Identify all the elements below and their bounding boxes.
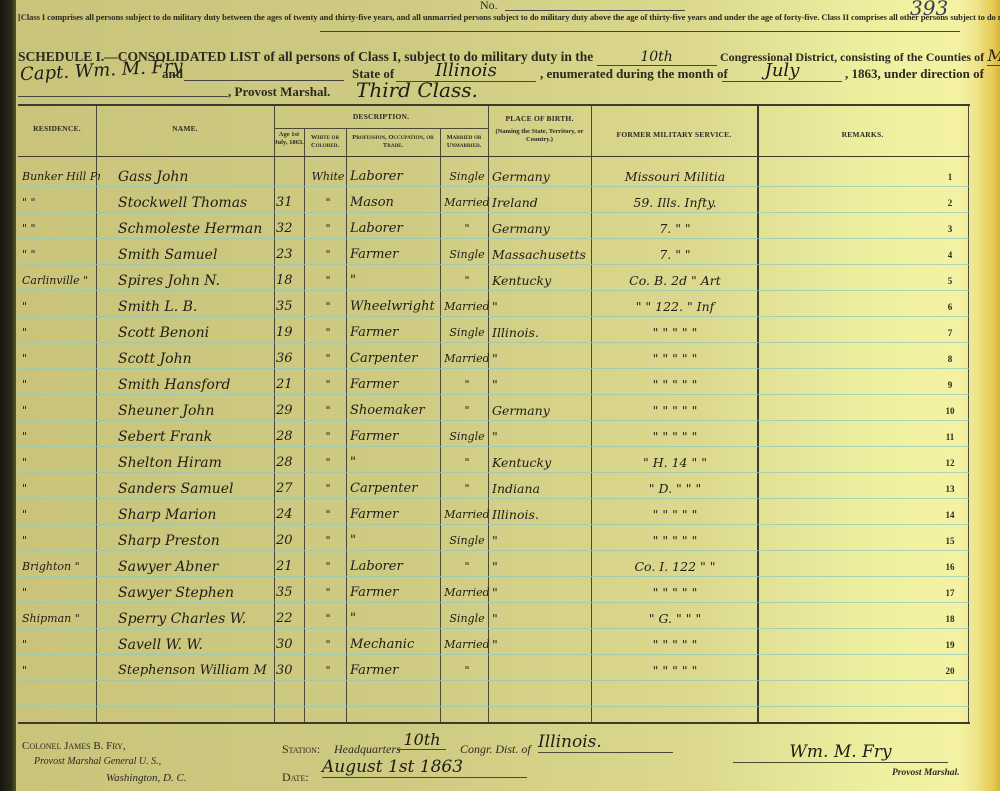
birth-cell: Massachusetts — [492, 242, 588, 268]
enrollment-table: RESIDENCE. NAME. DESCRIPTION. Age 1st Ju… — [18, 104, 970, 724]
col-birth-sub: (Naming the State, Territory, or Country… — [492, 128, 587, 144]
birth-cell: " — [492, 580, 588, 606]
birth-cell: Illinois. — [492, 502, 588, 528]
married-cell: Single — [444, 424, 490, 450]
age-cell: 29 — [276, 398, 304, 424]
birth-cell: " — [492, 606, 588, 632]
birth-cell — [492, 658, 588, 684]
residence-cell: " " — [22, 242, 100, 268]
married-cell: " — [444, 268, 490, 294]
service-cell: " " " " " — [594, 424, 756, 450]
service-cell: " H. 14 " " — [594, 450, 756, 476]
birth-cell: " — [492, 554, 588, 580]
color-cell: " — [310, 580, 346, 606]
row-number: 3 — [938, 216, 962, 242]
service-cell: " D. " " " — [594, 476, 756, 502]
profession-cell: Farmer — [350, 242, 440, 268]
col-birth: PLACE OF BIRTH. — [488, 114, 591, 123]
row-number: 10 — [938, 398, 962, 424]
service-cell: " " " " " — [594, 372, 756, 398]
row-number: 8 — [938, 346, 962, 372]
station-label: Station: — [282, 742, 320, 757]
profession-cell: " — [350, 606, 440, 632]
profession-cell: " — [350, 268, 440, 294]
row-number: 7 — [938, 320, 962, 346]
name-cell: Gass John — [118, 164, 268, 190]
remarks-cell — [760, 554, 955, 580]
service-cell: " " " " " — [594, 632, 756, 658]
residence-cell: " — [22, 632, 100, 658]
profession-cell: Farmer — [350, 424, 440, 450]
birth-cell: Germany — [492, 398, 588, 424]
residence-cell: " — [22, 450, 100, 476]
service-cell: " " " " " — [594, 502, 756, 528]
name-cell: Sanders Samuel — [118, 476, 268, 502]
profession-cell: Laborer — [350, 164, 440, 190]
profession-cell: Laborer — [350, 216, 440, 242]
row-number: 19 — [938, 632, 962, 658]
page-edge — [978, 0, 1000, 791]
birth-cell: Ireland — [492, 190, 588, 216]
service-cell: 7. " " — [594, 242, 756, 268]
age-cell: 24 — [276, 502, 304, 528]
color-cell: " — [310, 554, 346, 580]
remarks-cell — [760, 450, 955, 476]
residence-cell: " — [22, 476, 100, 502]
table-row: " Sawyer Stephen 35 " Farmer Married " "… — [18, 580, 970, 606]
married-cell: Single — [444, 528, 490, 554]
remarks-cell — [760, 372, 955, 398]
station-prefix: Headquarters — [334, 742, 401, 757]
service-cell: Co. I. 122 " " — [594, 554, 756, 580]
col-description: DESCRIPTION. — [274, 112, 488, 121]
remarks-cell — [760, 320, 955, 346]
remarks-cell — [760, 632, 955, 658]
age-cell: 21 — [276, 372, 304, 398]
profession-cell: Farmer — [350, 658, 440, 684]
name-cell: Sharp Preston — [118, 528, 268, 554]
name-cell: Scott John — [118, 346, 268, 372]
remarks-cell — [760, 658, 955, 684]
profession-cell: Farmer — [350, 580, 440, 606]
marshal-line — [18, 96, 228, 97]
service-cell: " " " " " — [594, 398, 756, 424]
age-cell — [276, 164, 304, 190]
row-number: 20 — [938, 658, 962, 684]
name-cell: Sharp Marion — [118, 502, 268, 528]
table-row: " " Stockwell Thomas 31 " Mason Married … — [18, 190, 970, 216]
remarks-cell — [760, 580, 955, 606]
table-row: Carlinville " Spires John N. 18 " " " Ke… — [18, 268, 970, 294]
table-row: " Sharp Preston 20 " " Single " " " " " … — [18, 528, 970, 554]
married-cell: " — [444, 398, 490, 424]
color-cell: " — [310, 346, 346, 372]
married-cell: " — [444, 450, 490, 476]
notice-rule — [320, 31, 960, 32]
counties-field: Macoupin — [987, 46, 1000, 66]
row-number: 1 — [938, 164, 962, 190]
profession-cell: Farmer — [350, 320, 440, 346]
row-number: 14 — [938, 502, 962, 528]
age-cell: 31 — [276, 190, 304, 216]
and-label: and — [162, 66, 183, 82]
table-row: " Savell W. W. 30 " Mechanic Married " "… — [18, 632, 970, 658]
row-number: 4 — [938, 242, 962, 268]
age-cell: 32 — [276, 216, 304, 242]
service-cell: " " 122. " Inf — [594, 294, 756, 320]
colonel-line: Colonel James B. Fry, — [22, 740, 126, 752]
name-cell: Spires John N. — [118, 268, 268, 294]
married-cell: Married — [444, 294, 490, 320]
residence-cell: Shipman " — [22, 606, 100, 632]
age-cell: 36 — [276, 346, 304, 372]
month-field: July — [722, 60, 842, 82]
table-row: " " Schmoleste Herman 32 " Laborer " Ger… — [18, 216, 970, 242]
name-cell: Sawyer Abner — [118, 554, 268, 580]
row-number: 2 — [938, 190, 962, 216]
age-cell: 21 — [276, 554, 304, 580]
remarks-cell — [760, 164, 955, 190]
married-cell: Single — [444, 606, 490, 632]
table-row: Shipman " Sperry Charles W. 22 " " Singl… — [18, 606, 970, 632]
service-cell: 7. " " — [594, 216, 756, 242]
signature-field: Wm. M. Fry — [733, 742, 948, 763]
header-bottom-rule — [18, 156, 970, 157]
col-color: White or Colored. — [304, 134, 346, 150]
profession-cell: Farmer — [350, 502, 440, 528]
birth-cell: Kentucky — [492, 268, 588, 294]
name-cell: Stockwell Thomas — [118, 190, 268, 216]
married-cell: Single — [444, 164, 490, 190]
birth-cell: " — [492, 372, 588, 398]
age-cell: 30 — [276, 632, 304, 658]
col-service: FORMER MILITARY SERVICE. — [591, 130, 757, 139]
name-cell: Sebert Frank — [118, 424, 268, 450]
married-cell: Single — [444, 320, 490, 346]
color-cell: " — [310, 398, 346, 424]
profession-cell: Laborer — [350, 554, 440, 580]
name-cell: Smith L. B. — [118, 294, 268, 320]
residence-cell: " — [22, 424, 100, 450]
profession-cell: Mechanic — [350, 632, 440, 658]
table-row: " Shelton Hiram 28 " " " Kentucky " H. 1… — [18, 450, 970, 476]
profession-cell: " — [350, 528, 440, 554]
age-cell: 19 — [276, 320, 304, 346]
pmg-line: Provost Marshal General U. S., — [34, 756, 161, 767]
residence-cell: Brighton " — [22, 554, 100, 580]
residence-cell: " " — [22, 190, 100, 216]
remarks-cell — [760, 294, 955, 320]
age-cell: 35 — [276, 580, 304, 606]
table-row: " " Smith Samuel 23 " Farmer Single Mass… — [18, 242, 970, 268]
table-row: " Stephenson William M. 30 " Farmer " " … — [18, 658, 970, 684]
color-cell: " — [310, 372, 346, 398]
birth-cell: " — [492, 632, 588, 658]
form-number-line — [505, 10, 685, 11]
residence-cell: " — [22, 580, 100, 606]
name-cell: Sperry Charles W. — [118, 606, 268, 632]
row-number: 6 — [938, 294, 962, 320]
table-row: " Sheuner John 29 " Shoemaker " Germany … — [18, 398, 970, 424]
station-state-field: Illinois. — [538, 732, 673, 753]
remarks-cell — [760, 268, 955, 294]
class-field: Third Class. — [356, 78, 478, 102]
service-cell: " " " " " — [594, 580, 756, 606]
birth-cell: " — [492, 294, 588, 320]
table-row: " Scott Benoni 19 " Farmer Single Illino… — [18, 320, 970, 346]
remarks-cell — [760, 606, 955, 632]
row-number: 9 — [938, 372, 962, 398]
residence-cell: Carlinville " — [22, 268, 100, 294]
remarks-cell — [760, 190, 955, 216]
table-row: " Sanders Samuel 27 " Carpenter " Indian… — [18, 476, 970, 502]
remarks-cell — [760, 242, 955, 268]
col-name: NAME. — [96, 124, 274, 133]
residence-cell: " " — [22, 216, 100, 242]
birth-cell: Kentucky — [492, 450, 588, 476]
birth-cell: " — [492, 528, 588, 554]
age-cell: 22 — [276, 606, 304, 632]
service-cell: " " " " " — [594, 658, 756, 684]
remarks-cell — [760, 398, 955, 424]
row-number: 18 — [938, 606, 962, 632]
married-cell: Married — [444, 632, 490, 658]
table-row: " Scott John 36 " Carpenter Married " " … — [18, 346, 970, 372]
age-cell: 23 — [276, 242, 304, 268]
book-binding — [0, 0, 16, 791]
color-cell: " — [310, 528, 346, 554]
profession-cell: Shoemaker — [350, 398, 440, 424]
remarks-cell — [760, 346, 955, 372]
profession-cell: Carpenter — [350, 476, 440, 502]
col-remarks: REMARKS. — [757, 130, 968, 139]
married-cell: " — [444, 476, 490, 502]
color-cell: " — [310, 632, 346, 658]
residence-cell: " — [22, 502, 100, 528]
date-field: August 1st 1863 — [322, 757, 527, 778]
row-number: 5 — [938, 268, 962, 294]
color-cell: " — [310, 242, 346, 268]
col-profession: Profession, Occupation, or Trade. — [346, 134, 440, 150]
color-cell: " — [310, 190, 346, 216]
age-cell: 28 — [276, 450, 304, 476]
birth-cell: " — [492, 346, 588, 372]
date-label: Date: — [282, 770, 309, 785]
color-cell: " — [310, 294, 346, 320]
color-cell: White — [310, 164, 346, 190]
residence-cell: " — [22, 398, 100, 424]
provost-label: , Provost Marshal. — [228, 84, 330, 100]
service-cell: Missouri Militia — [594, 164, 756, 190]
col-married: Married or Unmarried. — [440, 134, 488, 150]
row-number: 13 — [938, 476, 962, 502]
married-cell: Married — [444, 502, 490, 528]
remarks-cell — [760, 502, 955, 528]
color-cell: " — [310, 450, 346, 476]
name-cell: Schmoleste Herman — [118, 216, 268, 242]
remarks-cell — [760, 528, 955, 554]
name-cell: Smith Samuel — [118, 242, 268, 268]
married-cell: " — [444, 372, 490, 398]
birth-cell: Indiana — [492, 476, 588, 502]
birth-cell: " — [492, 424, 588, 450]
age-cell: 20 — [276, 528, 304, 554]
enumerated-label: , enumerated during the month of — [540, 66, 728, 82]
service-cell: " " " " " — [594, 320, 756, 346]
profession-cell: " — [350, 450, 440, 476]
year-label: , 1863, under direction of — [845, 66, 984, 82]
residence-cell: " — [22, 346, 100, 372]
row-number: 17 — [938, 580, 962, 606]
profession-cell: Wheelwright — [350, 294, 440, 320]
table-row: Brighton " Sawyer Abner 21 " Laborer " "… — [18, 554, 970, 580]
name-cell: Savell W. W. — [118, 632, 268, 658]
married-cell: Married — [444, 190, 490, 216]
married-cell: " — [444, 216, 490, 242]
color-cell: " — [310, 216, 346, 242]
name-cell: Sheuner John — [118, 398, 268, 424]
age-cell: 30 — [276, 658, 304, 684]
signature-title: Provost Marshal. — [892, 768, 960, 778]
name-cell: Shelton Hiram — [118, 450, 268, 476]
residence-cell: " — [22, 372, 100, 398]
residence-cell: " — [22, 294, 100, 320]
color-cell: " — [310, 606, 346, 632]
col-residence: RESIDENCE. — [18, 124, 96, 133]
service-cell: 59. Ills. Infty. — [594, 190, 756, 216]
married-cell: Single — [444, 242, 490, 268]
married-cell: Married — [444, 580, 490, 606]
color-cell: " — [310, 502, 346, 528]
remarks-cell — [760, 424, 955, 450]
remarks-cell — [760, 476, 955, 502]
color-cell: " — [310, 268, 346, 294]
age-cell: 18 — [276, 268, 304, 294]
row-number: 12 — [938, 450, 962, 476]
col-age: Age 1st July, 1863. — [274, 131, 304, 147]
residence-cell: " — [22, 320, 100, 346]
age-cell: 35 — [276, 294, 304, 320]
residence-cell: " — [22, 658, 100, 684]
name-cell: Smith Hansford — [118, 372, 268, 398]
married-cell: Married — [444, 346, 490, 372]
name-cell: Sawyer Stephen — [118, 580, 268, 606]
table-row: " Smith Hansford 21 " Farmer " " " " " "… — [18, 372, 970, 398]
table-row: Bunker Hill Prect. Gass John White Labor… — [18, 164, 970, 190]
married-cell: " — [444, 554, 490, 580]
description-rule — [274, 128, 488, 129]
and-line — [184, 80, 344, 81]
profession-cell: Carpenter — [350, 346, 440, 372]
row-number: 11 — [938, 424, 962, 450]
service-cell: " G. " " " — [594, 606, 756, 632]
station-mid: Congr. Dist. of — [460, 742, 531, 757]
table-row: " Sebert Frank 28 " Farmer Single " " " … — [18, 424, 970, 450]
row-number: 16 — [938, 554, 962, 580]
residence-cell: " — [22, 528, 100, 554]
color-cell: " — [310, 320, 346, 346]
service-cell: Co. B. 2d " Art — [594, 268, 756, 294]
station-district-field: 10th — [398, 730, 446, 750]
residence-cell: Bunker Hill Prect. — [22, 164, 100, 190]
birth-cell: Germany — [492, 164, 588, 190]
profession-cell: Mason — [350, 190, 440, 216]
service-cell: " " " " " — [594, 346, 756, 372]
name-cell: Stephenson William M. — [118, 658, 268, 684]
row-number: 15 — [938, 528, 962, 554]
table-row: " Sharp Marion 24 " Farmer Married Illin… — [18, 502, 970, 528]
age-cell: 28 — [276, 424, 304, 450]
table-row: " Smith L. B. 35 " Wheelwright Married "… — [18, 294, 970, 320]
remarks-cell — [760, 216, 955, 242]
color-cell: " — [310, 476, 346, 502]
district-field: 10th — [597, 49, 717, 66]
washington-line: Washington, D. C. — [106, 772, 187, 784]
birth-cell: Germany — [492, 216, 588, 242]
color-cell: " — [310, 658, 346, 684]
service-cell: " " " " " — [594, 528, 756, 554]
profession-cell: Farmer — [350, 372, 440, 398]
birth-cell: Illinois. — [492, 320, 588, 346]
name-cell: Scott Benoni — [118, 320, 268, 346]
color-cell: " — [310, 424, 346, 450]
class-definition-notice: [Class I comprises all persons subject t… — [18, 12, 1000, 22]
age-cell: 27 — [276, 476, 304, 502]
married-cell: " — [444, 658, 490, 684]
